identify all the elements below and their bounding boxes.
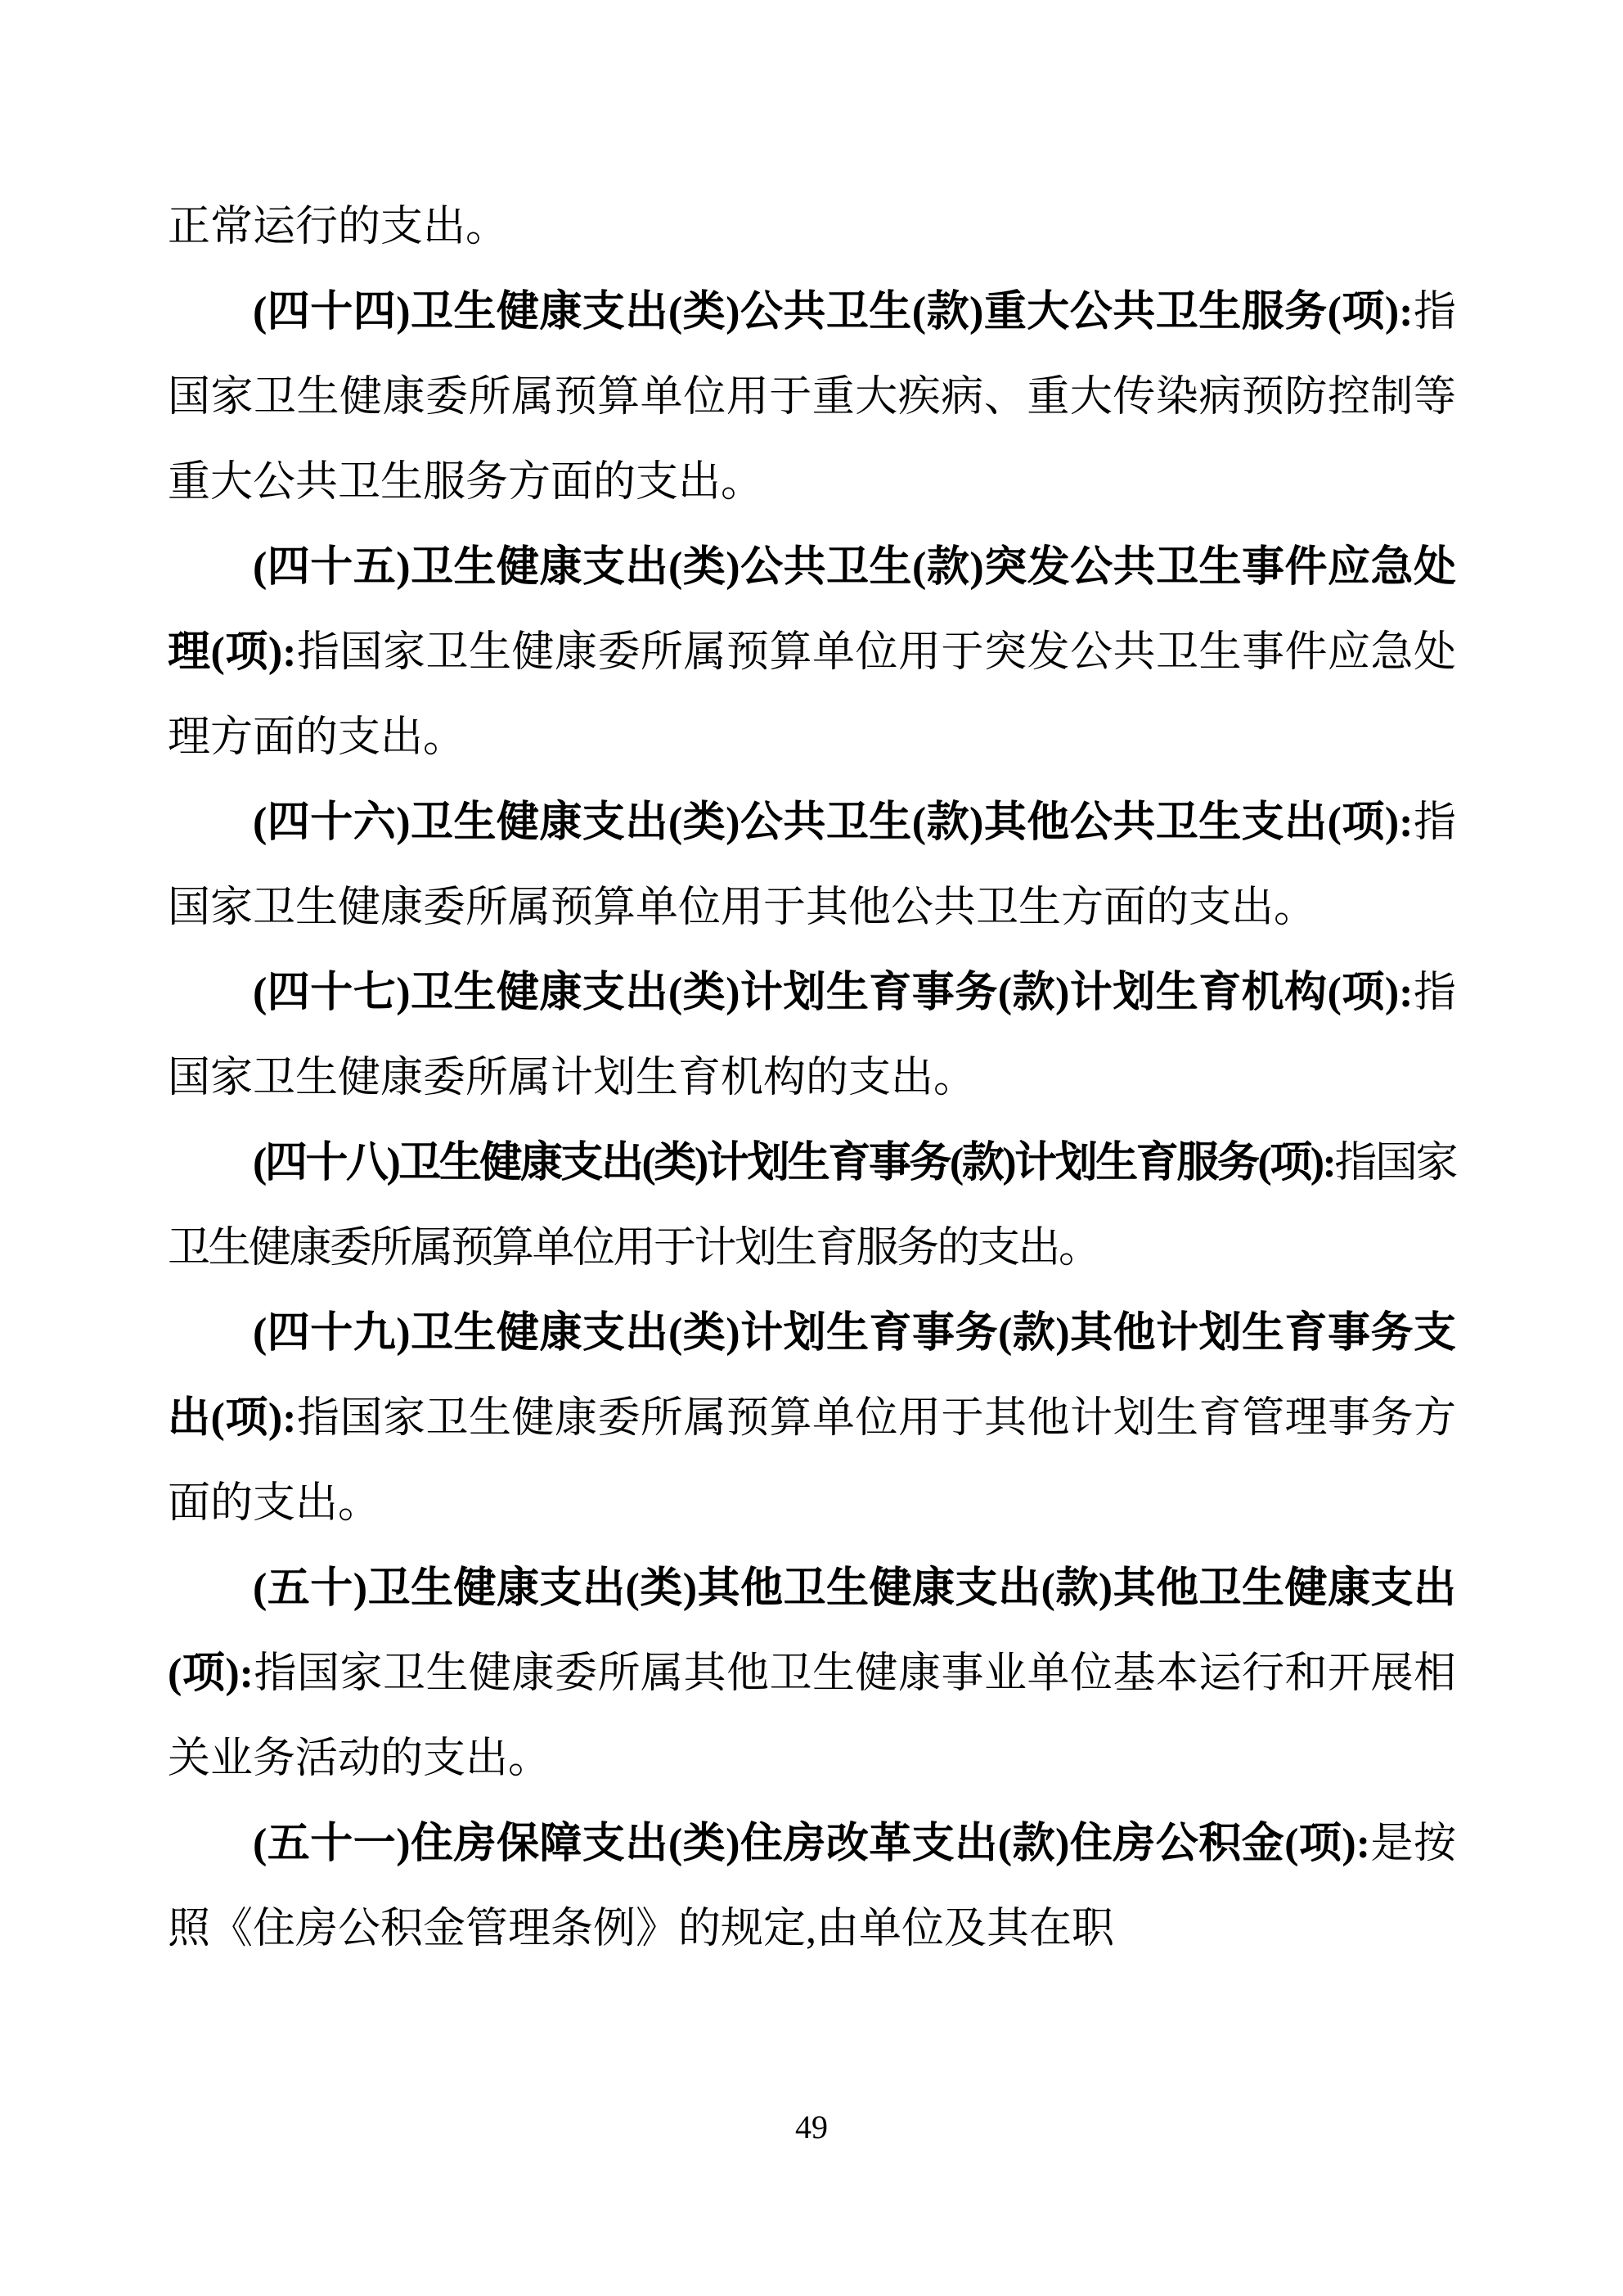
paragraph-item-46-heading: (四十六)卫生健康支出(类)公共卫生(款)其他公共卫生支出(项): [253,799,1414,846]
paragraph-item-48: (四十八)卫生健康支出(类)计划生育事务(款)计划生育服务(项):指国家卫生健康… [168,1121,1456,1291]
paragraph-item-45: (四十五)卫生健康支出(类)公共卫生(款)突发公共卫生事件应急处理(项):指国家… [168,525,1456,781]
paragraph-item-50: (五十)卫生健康支出(类)其他卫生健康支出(款)其他卫生健康支出(项):指国家卫… [168,1546,1456,1802]
paragraph-item-47-heading: (四十七)卫生健康支出(类)计划生育事务(款)计划生育机构(项): [253,970,1414,1016]
paragraph-item-49: (四十九)卫生健康支出(类)计划生育事务(款)其他计划生育事务支出(项):指国家… [168,1291,1456,1546]
paragraph-item-50-body: 指国家卫生健康委所属其他卫生健康事业单位基本运行和开展相关业务活动的支出。 [168,1650,1456,1782]
paragraph-item-48-heading: (四十八)卫生健康支出(类)计划生育事务(款)计划生育服务(项): [253,1140,1334,1186]
paragraph-item-47: (四十七)卫生健康支出(类)计划生育事务(款)计划生育机构(项):指国家卫生健康… [168,951,1456,1121]
paragraph-item-51-heading: (五十一)住房保障支出(类)住房改革支出(款)住房公积金(项): [253,1821,1370,1867]
paragraph-item-49-body: 指国家卫生健康委所属预算单位用于其他计划生育管理事务方面的支出。 [168,1395,1456,1527]
page-number: 49 [0,2109,1623,2145]
paragraph-item-44: (四十四)卫生健康支出(类)公共卫生(款)重大公共卫生服务(项):指国家卫生健康… [168,270,1456,525]
paragraph-item-51: (五十一)住房保障支出(类)住房改革支出(款)住房公积金(项):是按照《住房公积… [168,1802,1456,1972]
paragraph-item-44-heading: (四十四)卫生健康支出(类)公共卫生(款)重大公共卫生服务(项): [253,289,1414,335]
document-page: 正常运行的支出。 (四十四)卫生健康支出(类)公共卫生(款)重大公共卫生服务(项… [0,0,1623,2296]
paragraph-item-45-body: 指国家卫生健康委所属预算单位用于突发公共卫生事件应急处理方面的支出。 [168,629,1456,761]
paragraph-continuation-text: 正常运行的支出。 [168,204,508,250]
paragraph-continuation: 正常运行的支出。 [168,185,1456,270]
document-body: 正常运行的支出。 (四十四)卫生健康支出(类)公共卫生(款)重大公共卫生服务(项… [168,185,1456,1972]
paragraph-item-46: (四十六)卫生健康支出(类)公共卫生(款)其他公共卫生支出(项):指国家卫生健康… [168,781,1456,951]
